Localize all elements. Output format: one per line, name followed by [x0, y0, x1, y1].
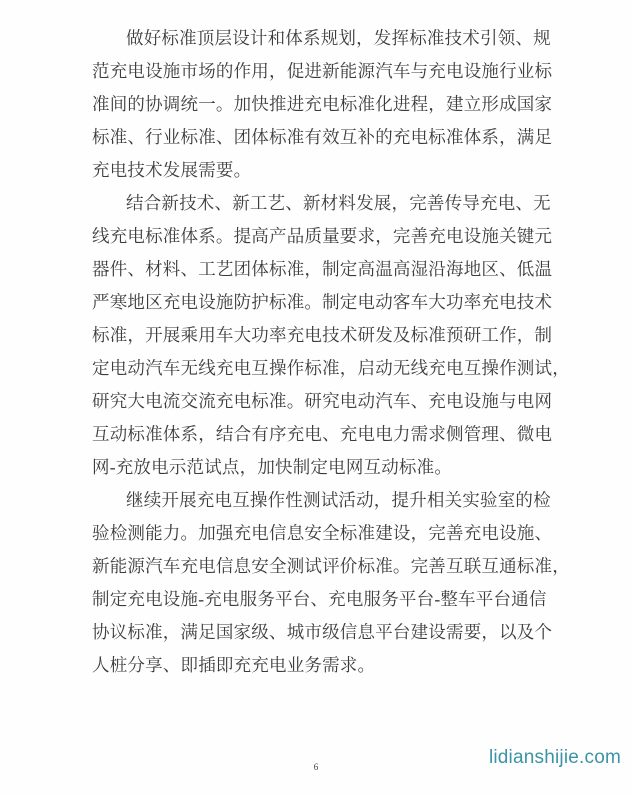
paragraph-1: 做好标准顶层设计和体系规划，发挥标准技术引领、规 范充电设施市场的作用，促进新能… [92, 22, 539, 187]
text-line: 准间的协调统一。加快推进充电标准化进程，建立形成国家 [92, 88, 539, 121]
text-line: 标准，开展乘用车大功率充电技术研发及标准预研工作，制 [92, 319, 539, 352]
document-page: 做好标准顶层设计和体系规划，发挥标准技术引领、规 范充电设施市场的作用，促进新能… [0, 0, 632, 796]
text-line: 人桩分享、即插即充充电业务需求。 [92, 649, 539, 682]
document-body: 做好标准顶层设计和体系规划，发挥标准技术引领、规 范充电设施市场的作用，促进新能… [92, 22, 539, 682]
text-line: 线充电标准体系。提高产品质量要求，完善充电设施关键元 [92, 220, 539, 253]
text-line: 标准、行业标准、团体标准有效互补的充电标准体系，满足 [92, 121, 539, 154]
text-line: 做好标准顶层设计和体系规划，发挥标准技术引领、规 [92, 22, 539, 55]
text-line: 新能源汽车充电信息安全测试评价标准。完善互联互通标准， [92, 550, 539, 583]
text-line: 严寒地区充电设施防护标准。制定电动客车大功率充电技术 [92, 286, 539, 319]
text-line: 充电技术发展需要。 [92, 154, 539, 187]
text-line: 研究大电流交流充电标准。研究电动汽车、充电设施与电网 [92, 385, 539, 418]
watermark-url: lidianshijie.com [489, 747, 621, 769]
text-line: 器件、材料、工艺团体标准，制定高温高湿沿海地区、低温 [92, 253, 539, 286]
text-line: 结合新技术、新工艺、新材料发展，完善传导充电、无 [92, 187, 539, 220]
text-line: 范充电设施市场的作用，促进新能源汽车与充电设施行业标 [92, 55, 539, 88]
text-line: 互动标准体系，结合有序充电、充电电力需求侧管理、微电 [92, 418, 539, 451]
paragraph-2: 结合新技术、新工艺、新材料发展，完善传导充电、无 线充电标准体系。提高产品质量要… [92, 187, 539, 484]
text-line: 网-充放电示范试点，加快制定电网互动标准。 [92, 451, 539, 484]
paragraph-3: 继续开展充电互操作性测试活动，提升相关实验室的检 验检测能力。加强充电信息安全标… [92, 484, 539, 682]
text-line: 继续开展充电互操作性测试活动，提升相关实验室的检 [92, 484, 539, 517]
text-line: 定电动汽车无线充电互操作标准，启动无线充电互操作测试， [92, 352, 539, 385]
text-line: 协议标准，满足国家级、城市级信息平台建设需要，以及个 [92, 616, 539, 649]
text-line: 验检测能力。加强充电信息安全标准建设，完善充电设施、 [92, 517, 539, 550]
text-line: 制定充电设施-充电服务平台、充电服务平台-整车平台通信 [92, 583, 539, 616]
